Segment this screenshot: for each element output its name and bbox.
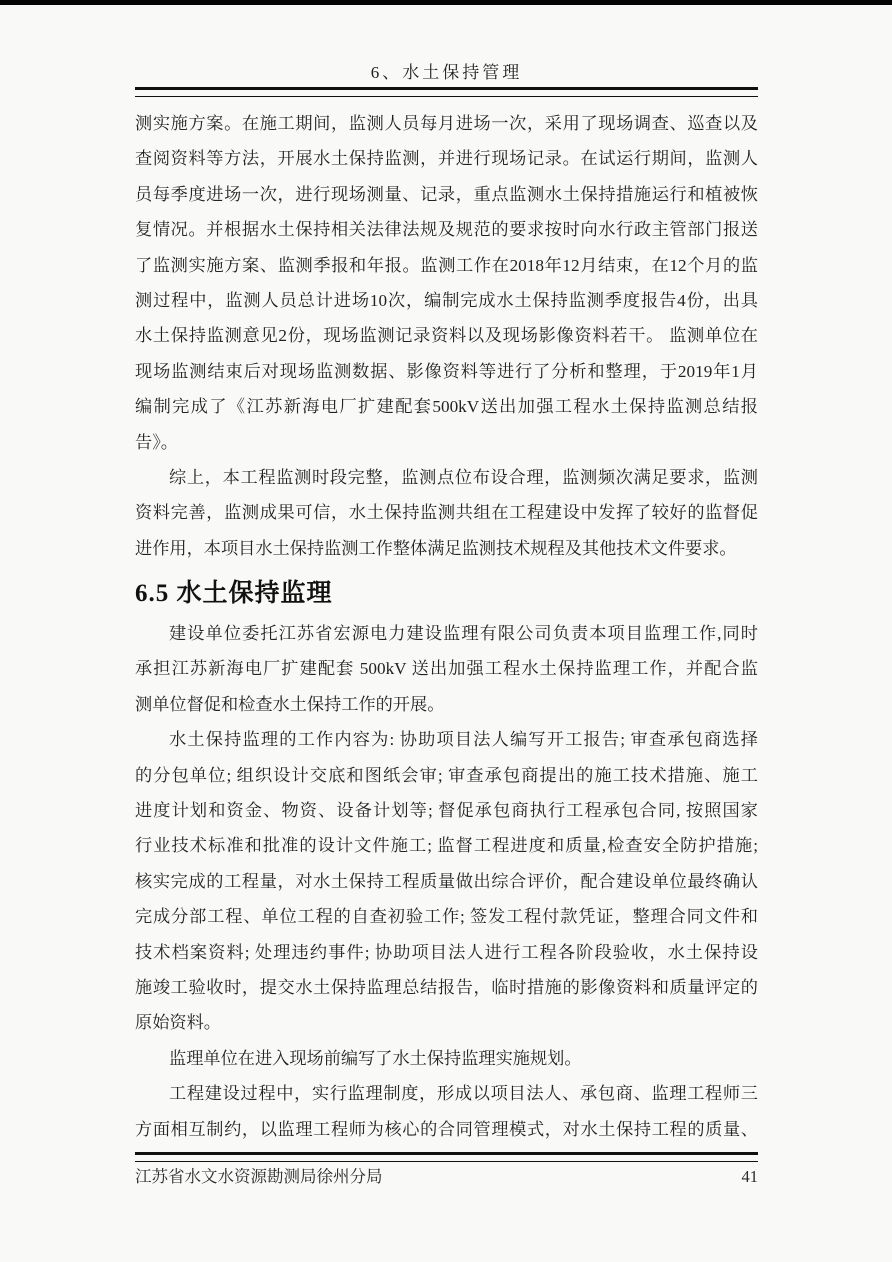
text-line: 告》。 xyxy=(135,425,758,460)
text-line: 进度计划和资金、物资、设备计划等; 督促承包商执行工程承包合同, 按照国家 xyxy=(135,793,758,828)
text-line: 的分包单位; 组织设计交底和图纸会审; 审查承包商提出的施工技术措施、施工 xyxy=(135,758,758,793)
text-line: 了监测实施方案、监测季报和年报。监测工作在2018年12月结束，在12个月的监 xyxy=(135,248,758,283)
text-line: 测实施方案。在施工期间，监测人员每月进场一次，采用了现场调查、巡查以及 xyxy=(135,106,758,141)
footer-rule xyxy=(135,1152,758,1162)
text-line: 行业技术标准和批准的设计文件施工; 监督工程进度和质量,检查安全防护措施; xyxy=(135,828,758,863)
text-line: 资料完善，监测成果可信，水土保持监测共组在工程建设中发挥了较好的监督促 xyxy=(135,495,758,530)
text-line: 水土保持监理的工作内容为: 协助项目法人编写开工报告; 审查承包商选择 xyxy=(135,722,758,757)
text-line: 复情况。并根据水土保持相关法律法规及规范的要求按时向水行政主管部门报送 xyxy=(135,212,758,247)
text-line: 测过程中，监测人员总计进场10次，编制完成水土保持监测季度报告4份，出具 xyxy=(135,283,758,318)
section-heading: 6.5 水土保持监理 xyxy=(135,566,758,616)
text-line: 原始资料。 xyxy=(135,1005,758,1040)
text-line: 核实完成的工程量，对水土保持工程质量做出综合评价，配合建设单位最终确认 xyxy=(135,864,758,899)
text-line: 完成分部工程、单位工程的自查初验工作; 签发工程付款凭证，整理合同文件和 xyxy=(135,899,758,934)
text-line: 测单位督促和检查水土保持工作的开展。 xyxy=(135,687,758,722)
page-number: 41 xyxy=(742,1167,759,1187)
text-line: 承担江苏新海电厂扩建配套 500kV 送出加强工程水土保持监理工作，并配合监 xyxy=(135,651,758,686)
text-line: 监理单位在进入现场前编写了水土保持监理实施规划。 xyxy=(135,1041,758,1076)
text-line: 查阅资料等方法，开展水土保持监测，并进行现场记录。在试运行期间，监测人 xyxy=(135,141,758,176)
page-footer: 江苏省水文水资源勘测局徐州分局 41 xyxy=(135,1163,758,1187)
text-line: 技术档案资料; 处理违约事件; 协助项目法人进行工程各阶段验收，水土保持设 xyxy=(135,935,758,970)
header-rule xyxy=(135,87,758,97)
text-line: 施竣工验收时，提交水土保持监理总结报告，临时措施的影像资料和质量评定的 xyxy=(135,970,758,1005)
text-line: 工程建设过程中，实行监理制度，形成以项目法人、承包商、监理工程师三 xyxy=(135,1076,758,1111)
scan-edge-bar xyxy=(0,0,892,5)
text-line: 建设单位委托江苏省宏源电力建设监理有限公司负责本项目监理工作,同时 xyxy=(135,616,758,651)
document-body: 测实施方案。在施工期间，监测人员每月进场一次，采用了现场调查、巡查以及查阅资料等… xyxy=(135,106,758,1147)
text-line: 员每季度进场一次，进行现场测量、记录，重点监测水土保持措施运行和植被恢 xyxy=(135,177,758,212)
text-line: 综上，本工程监测时段完整，监测点位布设合理，监测频次满足要求，监测 xyxy=(135,460,758,495)
text-line: 编制完成了《江苏新海电厂扩建配套500kV送出加强工程水土保持监测总结报 xyxy=(135,389,758,424)
running-header-title: 6、水土保持管理 xyxy=(135,58,758,83)
text-line: 现场监测结束后对现场监测数据、影像资料等进行了分析和整理，于2019年1月 xyxy=(135,354,758,389)
document-page: 6、水土保持管理 测实施方案。在施工期间，监测人员每月进场一次，采用了现场调查、… xyxy=(0,0,892,1262)
footer-organization: 江苏省水文水资源勘测局徐州分局 xyxy=(135,1163,383,1187)
text-line: 方面相互制约，以监理工程师为核心的合同管理模式，对水土保持工程的质量、 xyxy=(135,1112,758,1147)
text-line: 水土保持监测意见2份，现场监测记录资料以及现场影像资料若干。 监测单位在 xyxy=(135,318,758,353)
text-line: 进作用，本项目水土保持监测工作整体满足监测技术规程及其他技术文件要求。 xyxy=(135,531,758,566)
